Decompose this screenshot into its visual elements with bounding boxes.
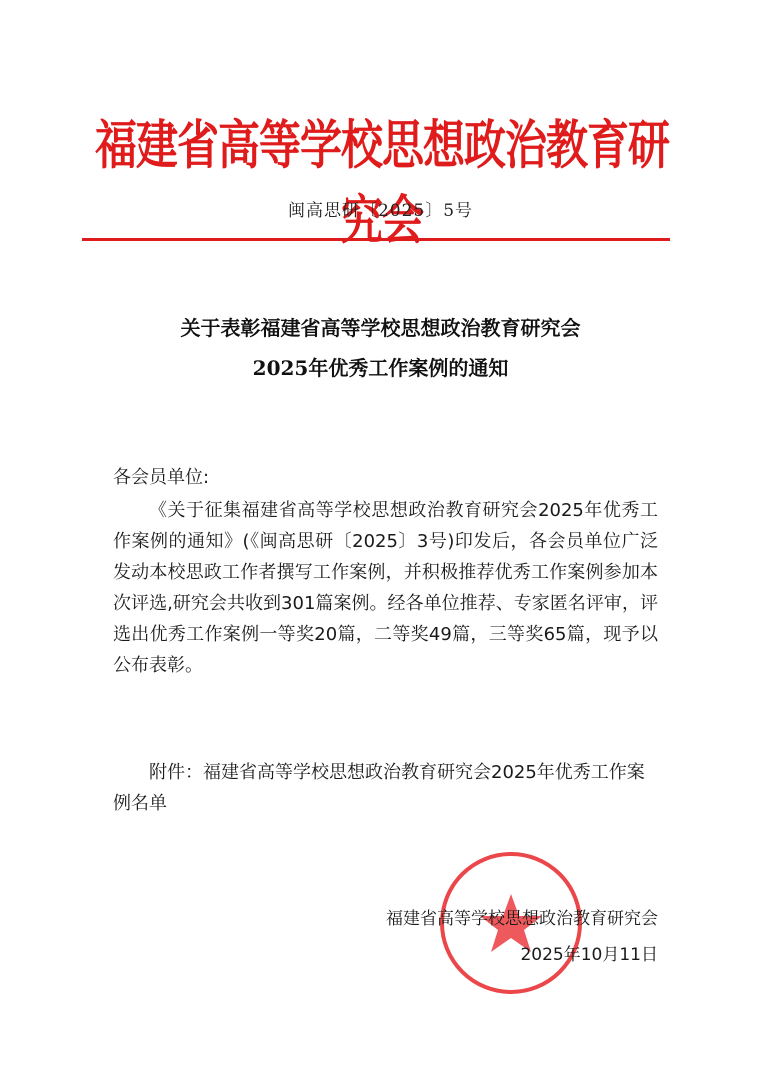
document-page: 福建省高等学校思想政治教育研究会 闽高思研〔2025〕5号 关于表彰福建省高等学… (0, 0, 761, 1076)
attachment-note: 附件：福建省高等学校思想政治教育研究会2025年优秀工作案例名单 (113, 757, 658, 819)
signature-date: 2025年10月11日 (520, 940, 658, 965)
document-title-line2: 2025年优秀工作案例的通知 (0, 352, 761, 381)
document-number: 闽高思研〔2025〕5号 (0, 196, 761, 221)
salutation: 各会员单位: (113, 462, 658, 493)
document-title-line1: 关于表彰福建省高等学校思想政治教育研究会 (0, 312, 761, 341)
organization-header: 福建省高等学校思想政治教育研究会 (82, 108, 682, 258)
body-paragraph: 《关于征集福建省高等学校思想政治教育研究会2025年优秀工作案例的通知》(《闽高… (113, 495, 658, 681)
signature-organization: 福建省高等学校思想政治教育研究会 (300, 904, 658, 929)
header-divider (82, 238, 670, 241)
